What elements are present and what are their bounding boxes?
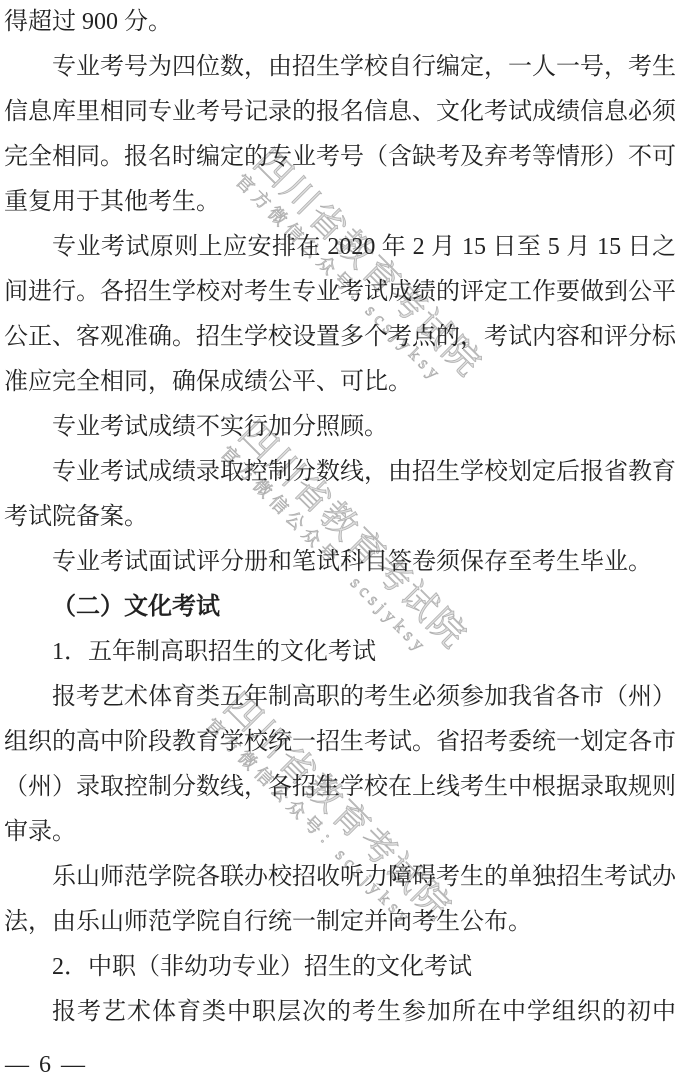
- paragraph: 乐山师范学院各联办校招收听力障碍考生的单独招生考试办法，由乐山师范学院自行统一制…: [4, 855, 676, 945]
- document-page: 四川省教育考试院 官方微信公众号：scsjyksy 四川省教育考试院 官方微信公…: [0, 0, 680, 1087]
- page-number: — 6 —: [5, 1051, 87, 1079]
- subsection-heading: 1．五年制高职招生的文化考试: [4, 630, 676, 675]
- paragraph: 报考艺术体育类中职层次的考生参加所在中学组织的初中: [4, 990, 676, 1035]
- paragraph: 专业考试面试评分册和笔试科目答卷须保存至考生毕业。: [4, 540, 676, 585]
- subsection-heading: 2．中职（非幼功专业）招生的文化考试: [4, 945, 676, 990]
- paragraph: 报考艺术体育类五年制高职的考生必须参加我省各市（州）组织的高中阶段教育学校统一招…: [4, 675, 676, 855]
- paragraph-continuation: 得超过 900 分。: [4, 0, 676, 45]
- document-body: 得超过 900 分。 专业考号为四位数，由招生学校自行编定，一人一号，考生信息库…: [4, 0, 676, 1035]
- paragraph: 专业考试成绩录取控制分数线，由招生学校划定后报省教育考试院备案。: [4, 450, 676, 540]
- section-heading: （二）文化考试: [4, 585, 676, 630]
- paragraph: 专业考试原则上应安排在 2020 年 2 月 15 日至 5 月 15 日之间进…: [4, 225, 676, 405]
- paragraph: 专业考号为四位数，由招生学校自行编定，一人一号，考生信息库里相同专业考号记录的报…: [4, 45, 676, 225]
- paragraph: 专业考试成绩不实行加分照顾。: [4, 405, 676, 450]
